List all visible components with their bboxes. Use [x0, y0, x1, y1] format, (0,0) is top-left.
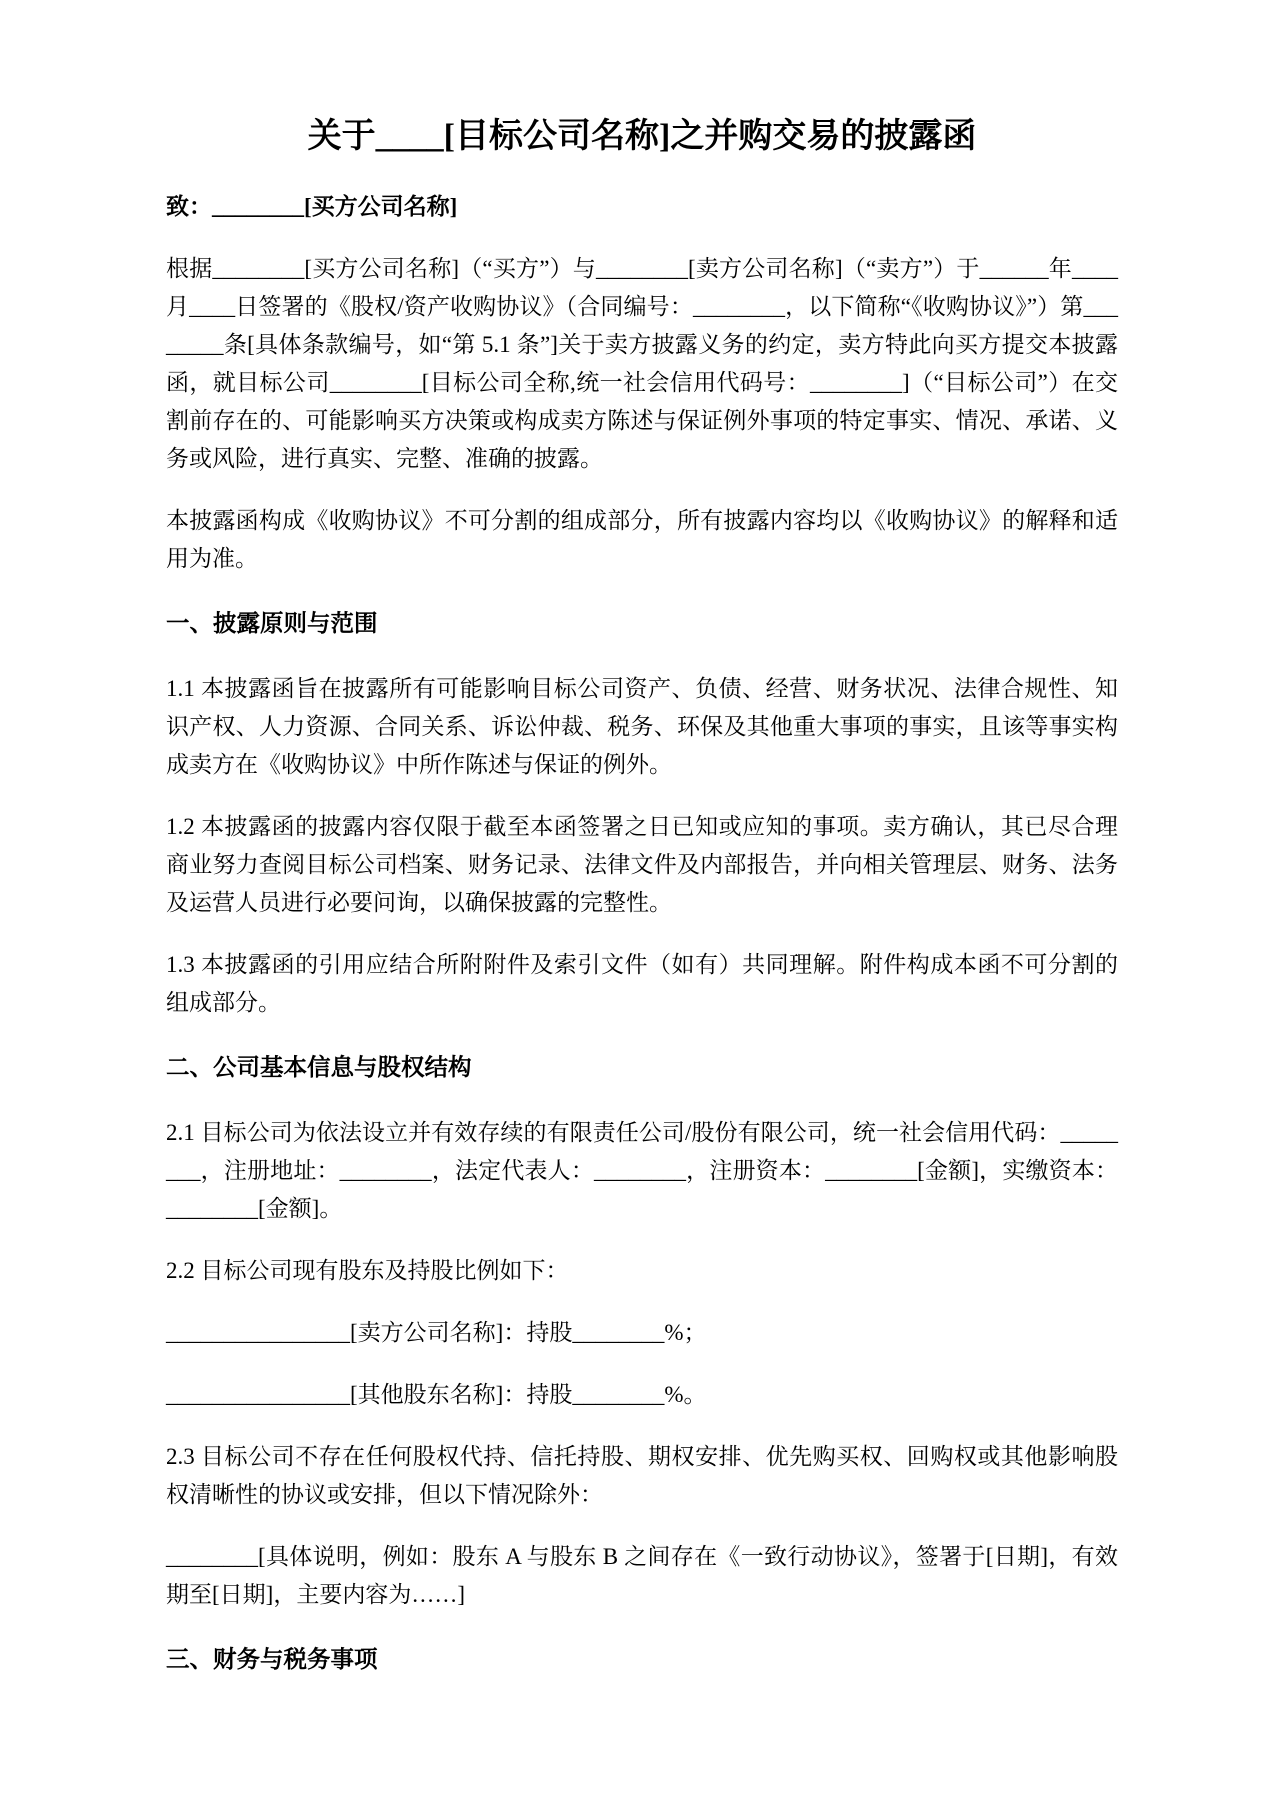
intro-paragraph: 根据________[买方公司名称]（“买方”）与________[卖方公司名称… [166, 250, 1118, 478]
document-page: 关于____[目标公司名称]之并购交易的披露函 致：________[买方公司名… [0, 0, 1280, 1811]
section-disclosure-principles: 一、披露原则与范围 1.1 本披露函旨在披露所有可能影响目标公司资产、负债、经营… [166, 605, 1118, 1022]
binding-note-paragraph: 本披露函构成《收购协议》不可分割的组成部分，所有披露内容均以《收购协议》的解释和… [166, 502, 1118, 578]
section-company-info: 二、公司基本信息与股权结构 2.1 目标公司为依法设立并有效存续的有限责任公司/… [166, 1049, 1118, 1614]
clause-2-1: 2.1 目标公司为依法设立并有效存续的有限责任公司/股份有限公司，统一社会信用代… [166, 1114, 1118, 1228]
salutation-line: 致：________[买方公司名称] [166, 188, 1118, 226]
section-1-heading: 一、披露原则与范围 [166, 605, 1118, 643]
clause-1-2: 1.2 本披露函的披露内容仅限于截至本函签署之日已知或应知的事项。卖方确认，其已… [166, 808, 1118, 922]
section-finance-tax: 三、财务与税务事项 [166, 1641, 1118, 1679]
exception-detail-line: ________[具体说明，例如：股东 A 与股东 B 之间存在《一致行动协议》… [166, 1538, 1118, 1614]
clause-2-3: 2.3 目标公司不存在任何股权代持、信托持股、期权安排、优先购买权、回购权或其他… [166, 1438, 1118, 1514]
clause-1-3: 1.3 本披露函的引用应结合所附附件及索引文件（如有）共同理解。附件构成本函不可… [166, 946, 1118, 1022]
section-2-heading: 二、公司基本信息与股权结构 [166, 1049, 1118, 1087]
document-title: 关于____[目标公司名称]之并购交易的披露函 [166, 112, 1118, 162]
shareholder-line-seller: ________________[卖方公司名称]：持股________%； [166, 1314, 1118, 1352]
clause-1-1: 1.1 本披露函旨在披露所有可能影响目标公司资产、负债、经营、财务状况、法律合规… [166, 670, 1118, 784]
clause-2-2: 2.2 目标公司现有股东及持股比例如下： [166, 1252, 1118, 1290]
shareholder-line-other: ________________[其他股东名称]：持股________%。 [166, 1376, 1118, 1414]
section-3-heading: 三、财务与税务事项 [166, 1641, 1118, 1679]
